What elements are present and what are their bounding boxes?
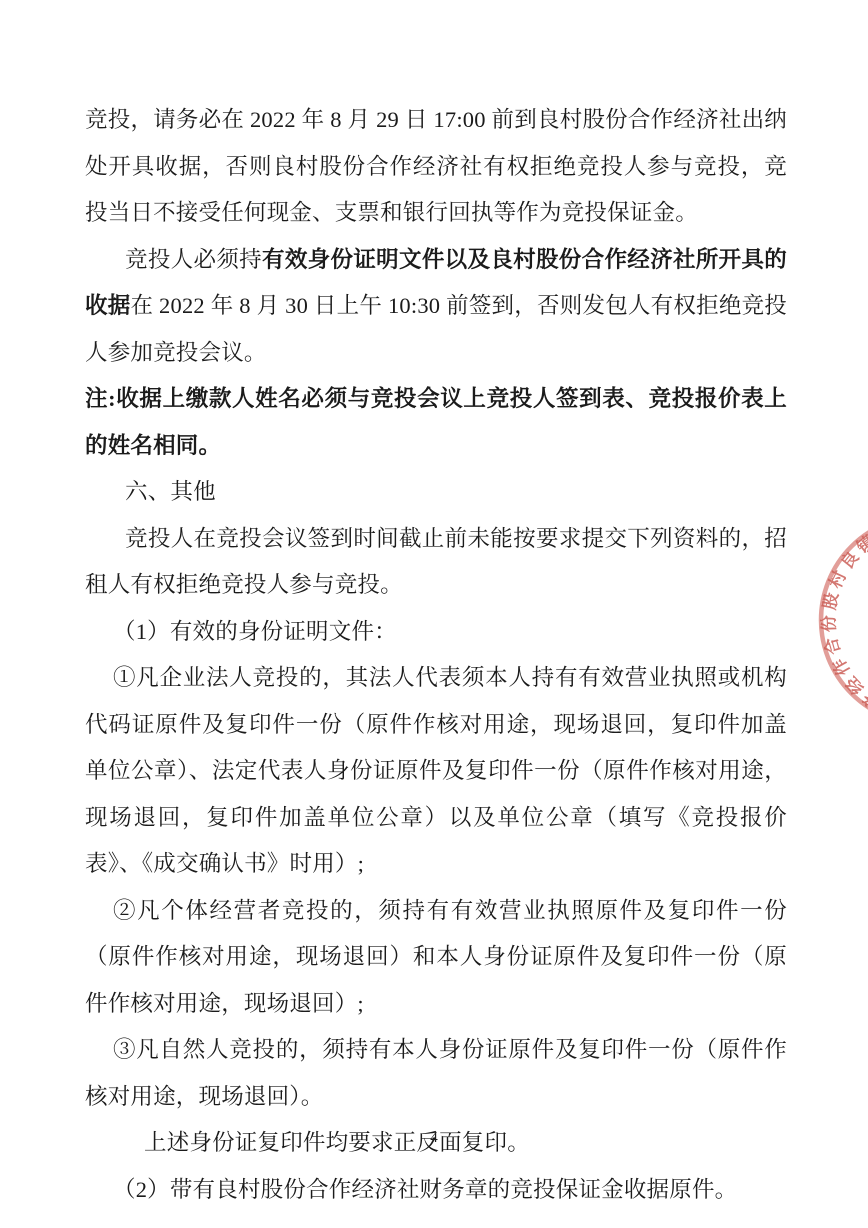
page-number: 4 bbox=[0, 1128, 868, 1148]
para-sign-in-requirement: 竞投人必须持有效身份证明文件以及良村股份合作经济社所开具的收据在 2022 年 … bbox=[85, 237, 787, 377]
item-1-3-natural-person: ③凡自然人竞投的，须持有本人身份证原件及复印件一份（原件作核对用途，现场退回）。 bbox=[85, 1027, 787, 1120]
seal-text-arc: 镇良村股份合作经济社 bbox=[818, 530, 868, 723]
heading-section-six: 六、其他 bbox=[85, 469, 787, 516]
para-deposit-rules-continued: 竞投，请务必在 2022 年 8 月 29 日 17:00 前到良村股份合作经济… bbox=[85, 97, 787, 237]
document-body: 竞投，请务必在 2022 年 8 月 29 日 17:00 前到良村股份合作经济… bbox=[85, 97, 787, 1213]
seal-character: 村 bbox=[825, 567, 850, 591]
seal-character: 份 bbox=[818, 615, 839, 633]
seal-character: 股 bbox=[820, 590, 842, 611]
para-note-payer-name: 注:收据上缴款人姓名必须与竞投会议上竞投人签到表、竞投报价表上的姓名相同。 bbox=[85, 376, 787, 469]
seal-character: 作 bbox=[828, 655, 854, 680]
item-2-deposit-receipt: （2）带有良村股份合作经济社财务章的竞投保证金收据原件。 bbox=[85, 1167, 787, 1214]
text-segment: 注:收据上缴款人姓名必须与竞投会议上竞投人签到表、竞投报价表上的姓名相同。 bbox=[85, 386, 787, 458]
item-1-identity-documents: （1）有效的身份证明文件： bbox=[85, 609, 787, 656]
text-segment: （1）有效的身份证明文件： bbox=[113, 619, 397, 644]
official-seal-stamp: 镇良村股份合作经济社 bbox=[780, 500, 868, 740]
document-page: { "document": { "paragraphs": [ { "name"… bbox=[0, 0, 868, 1228]
text-segment: ②凡个体经营者竞投的，须持有有效营业执照原件及复印件一份（原件作核对用途，现场退… bbox=[85, 898, 787, 1016]
item-1-2-individual-business: ②凡个体经营者竞投的，须持有有效营业执照原件及复印件一份（原件作核对用途，现场退… bbox=[85, 888, 787, 1028]
text-segment: ①凡企业法人竞投的，其法人代表须本人持有有效营业执照或机构代码证原件及复印件一份… bbox=[85, 665, 787, 876]
item-1-1-enterprise-legal-person: ①凡企业法人竞投的，其法人代表须本人持有有效营业执照或机构代码证原件及复印件一份… bbox=[85, 655, 787, 888]
para-materials-intro: 竞投人在竞投会议签到时间截止前未能按要求提交下列资料的，招租人有权拒绝竞投人参与… bbox=[85, 516, 787, 609]
text-segment: 竞投人必须持 bbox=[125, 247, 262, 272]
seal-character: 经 bbox=[842, 673, 867, 698]
text-segment: 竞投，请务必在 2022 年 8 月 29 日 17:00 前到良村股份合作经济… bbox=[85, 107, 787, 225]
text-segment: （2）带有良村股份合作经济社财务章的竞投保证金收据原件。 bbox=[113, 1177, 737, 1202]
seal-character: 济 bbox=[859, 687, 868, 713]
seal-ring bbox=[821, 516, 868, 724]
text-segment: ③凡自然人竞投的，须持有本人身份证原件及复印件一份（原件作核对用途，现场退回）。 bbox=[85, 1037, 787, 1109]
seal-character: 合 bbox=[820, 635, 844, 657]
text-segment: 在 2022 年 8 月 30 日上午 10:30 前签到，否则发包人有权拒绝竞… bbox=[85, 293, 787, 365]
text-segment: 竞投人在竞投会议签到时间截止前未能按要求提交下列资料的，招租人有权拒绝竞投人参与… bbox=[85, 526, 787, 598]
seal-character: 镇 bbox=[853, 530, 868, 557]
seal-character: 良 bbox=[836, 547, 862, 573]
text-segment: 六、其他 bbox=[125, 479, 216, 504]
